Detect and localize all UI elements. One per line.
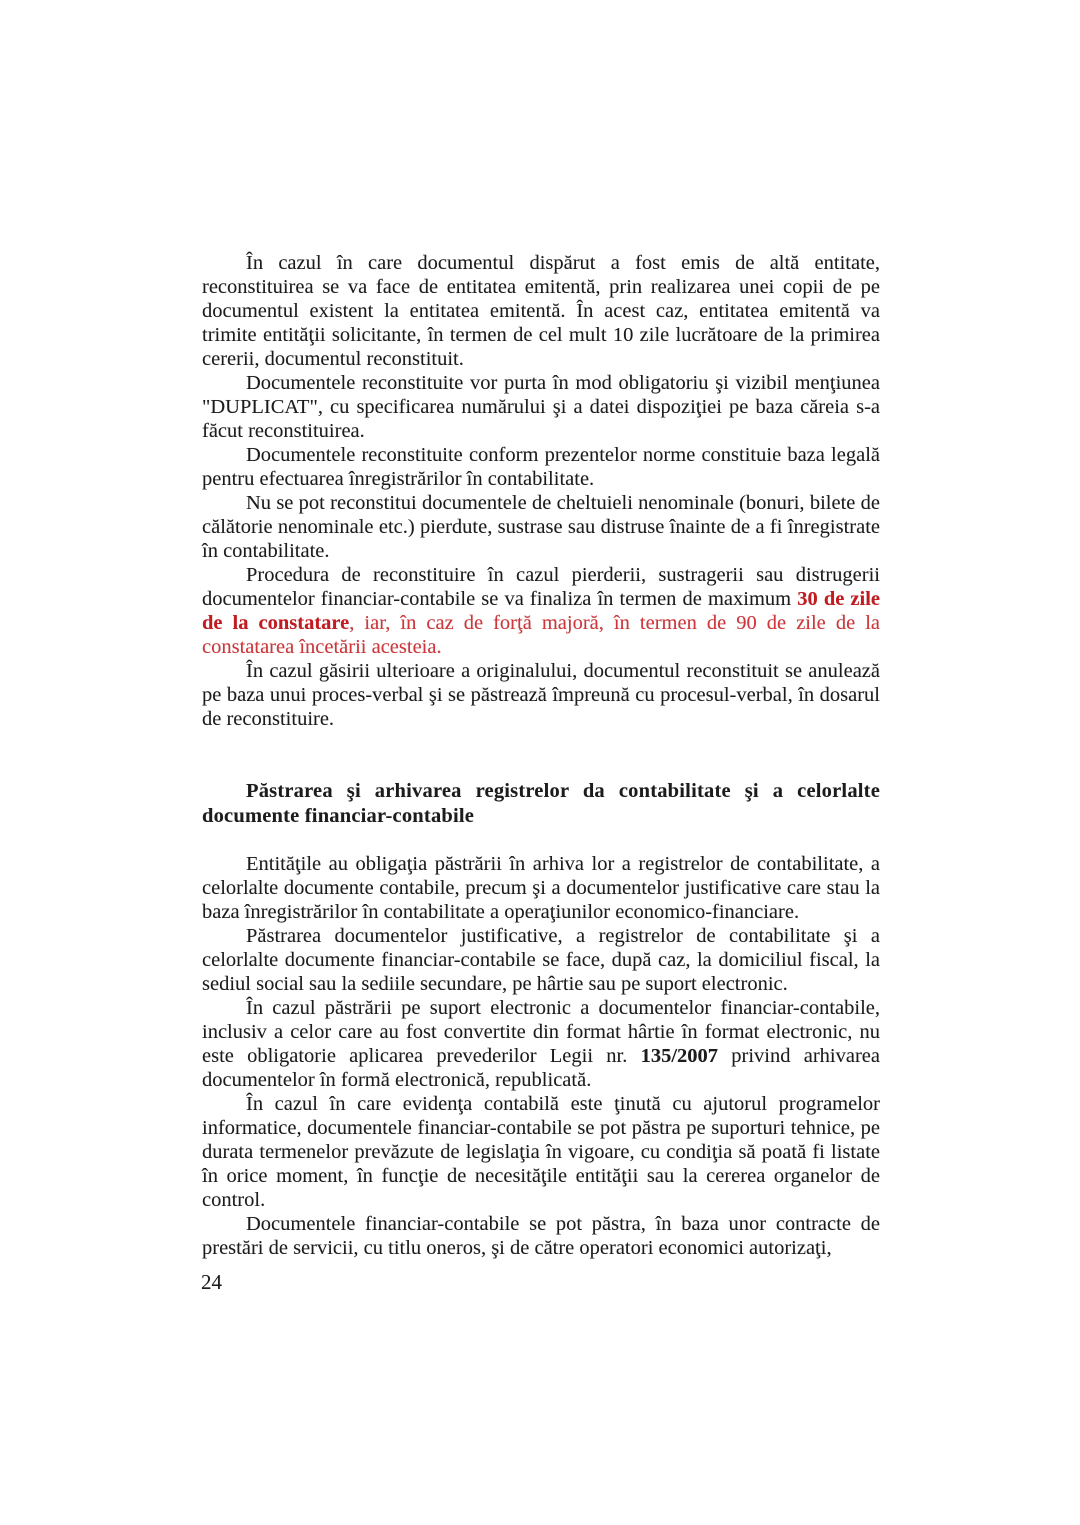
text-segment: În cazul în care documentul dispărut a f… — [202, 252, 880, 370]
paragraph: Păstrarea documentelor justificative, a … — [202, 924, 880, 996]
text-segment: Entităţile au obligaţia păstrării în arh… — [202, 853, 880, 923]
paragraph: Nu se pot reconstitui documentele de che… — [202, 491, 880, 563]
text-segment: Documentele reconstituite conform prezen… — [202, 444, 880, 490]
text-segment: În cazul în care evidenţa contabilă este… — [202, 1093, 880, 1211]
text-segment: Documentele reconstituite vor purta în m… — [202, 372, 880, 442]
paragraph: Documentele financiar-contabile se pot p… — [202, 1212, 880, 1260]
page-body: În cazul în care documentul dispărut a f… — [202, 251, 880, 1260]
paragraph: În cazul în care documentul dispărut a f… — [202, 251, 880, 371]
page-number: 24 — [201, 1270, 222, 1294]
text-segment: Păstrarea documentelor justificative, a … — [202, 925, 880, 995]
text-segment-bold: 135/2007 — [641, 1045, 718, 1067]
section-heading: Păstrarea şi arhivarea registrelor da co… — [202, 779, 880, 829]
paragraph: Documentele reconstituite vor purta în m… — [202, 371, 880, 443]
paragraph: Procedura de reconstituire în cazul pier… — [202, 563, 880, 659]
text-segment: În cazul găsirii ulterioare a originalul… — [202, 660, 880, 730]
document-page: În cazul în care documentul dispărut a f… — [0, 0, 1080, 1525]
text-segment: Procedura de reconstituire în cazul pier… — [202, 564, 880, 610]
text-segment: Nu se pot reconstitui documentele de che… — [202, 492, 880, 562]
paragraph: În cazul în care evidenţa contabilă este… — [202, 1092, 880, 1212]
paragraph: Documentele reconstituite conform prezen… — [202, 443, 880, 491]
paragraph: În cazul păstrării pe suport electronic … — [202, 996, 880, 1092]
paragraph: Entităţile au obligaţia păstrării în arh… — [202, 852, 880, 924]
text-segment: Documentele financiar-contabile se pot p… — [202, 1213, 880, 1259]
paragraph: În cazul găsirii ulterioare a originalul… — [202, 659, 880, 731]
text-segment: Păstrarea şi arhivarea registrelor da co… — [202, 780, 880, 827]
